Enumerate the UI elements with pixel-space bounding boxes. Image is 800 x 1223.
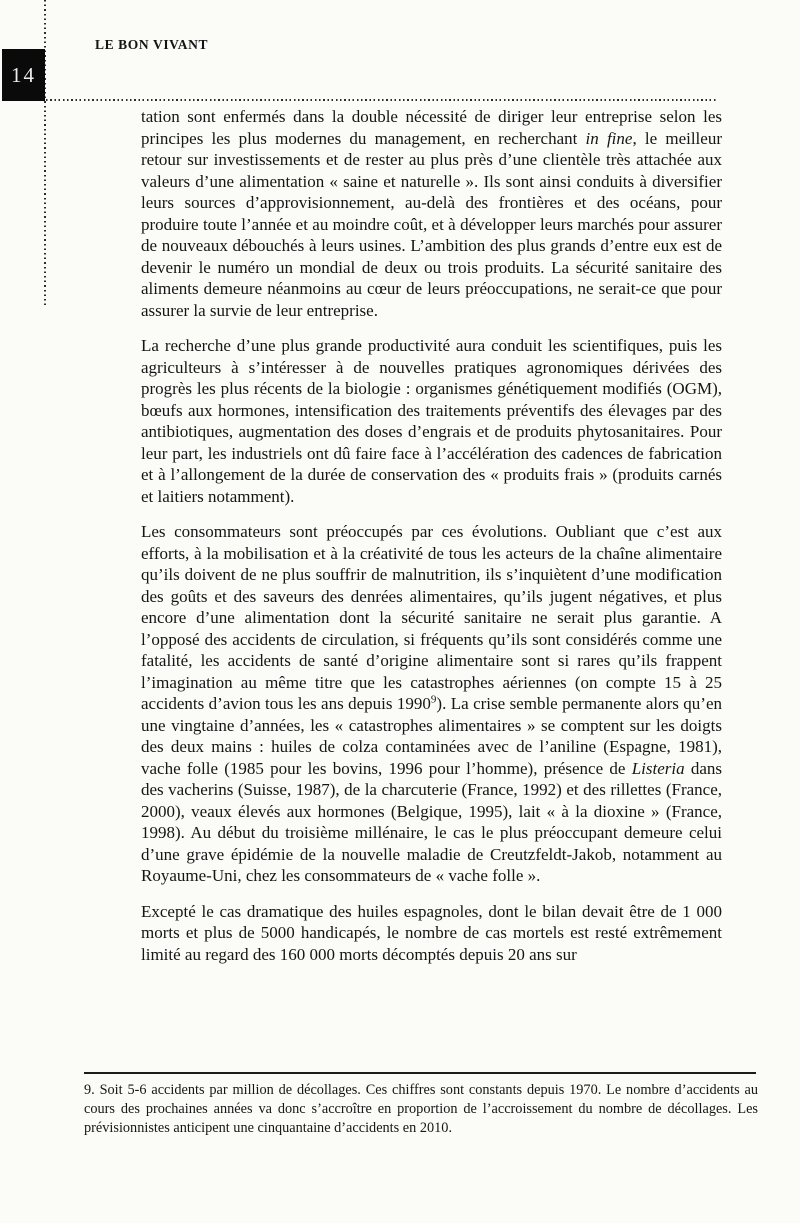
scanned-book-page: 14 LE BON VIVANT tation sont enfermés da… xyxy=(0,0,800,1223)
paragraph: Les consommateurs sont préoccupés par ce… xyxy=(141,521,722,887)
paragraph: tation sont enfermés dans la double néce… xyxy=(141,106,722,321)
paragraph-segment-italic: in fine xyxy=(586,129,633,148)
paragraph-segment: Les consommateurs sont préoccupés par ce… xyxy=(141,522,722,713)
page-number-box: 14 xyxy=(2,49,45,101)
paragraph-segment: La recherche d’une plus grande productiv… xyxy=(141,336,722,506)
paragraph-segment: , le meilleur retour sur investissements… xyxy=(141,129,722,320)
paragraph: La recherche d’une plus grande productiv… xyxy=(141,335,722,507)
paragraph: Excepté le cas dramatique des huiles esp… xyxy=(141,901,722,966)
body-text-column: tation sont enfermés dans la double néce… xyxy=(141,106,722,965)
header-horizontal-dotted-rule xyxy=(46,99,716,101)
margin-vertical-dotted-rule xyxy=(44,0,46,306)
paragraph-segment: Excepté le cas dramatique des huiles esp… xyxy=(141,902,722,964)
paragraph-segment-italic: Listeria xyxy=(632,759,685,778)
footnote-divider-rule xyxy=(84,1072,756,1074)
footnote-text: 9. Soit 5-6 accidents par million de déc… xyxy=(84,1081,758,1138)
running-header-title: LE BON VIVANT xyxy=(95,37,208,53)
page-number: 14 xyxy=(11,63,36,88)
